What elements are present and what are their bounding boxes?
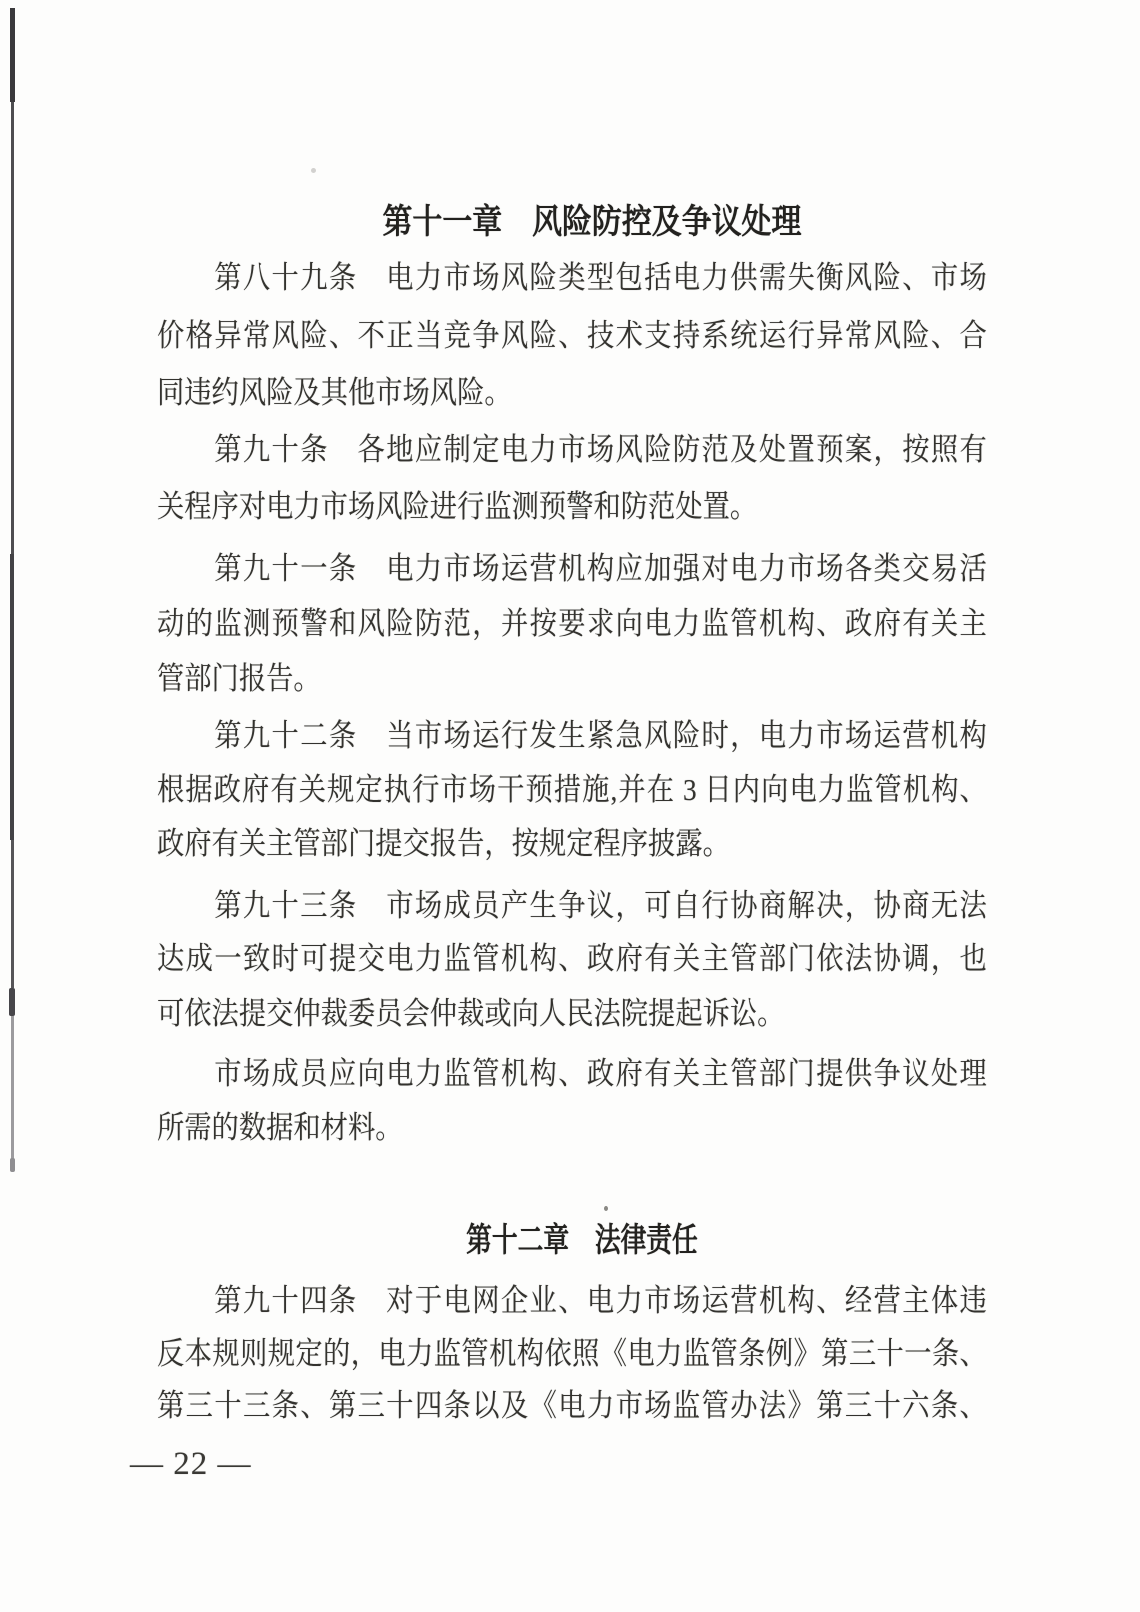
scan-edge-segment <box>10 8 15 102</box>
scan-edge-segment <box>10 1158 15 1172</box>
scanned-document-page: 第十一章 风险防控及争议处理 第八十九条 电力市场风险类型包括电力供需失衡风险、… <box>0 0 1140 1612</box>
text-line: 价格异常风险、不正当竞争风险、技术支持系统运行异常风险、合 <box>157 316 987 356</box>
text-line: 第三十三条、第三十四条以及《电力市场监管办法》第三十六条、 <box>157 1386 987 1426</box>
scan-edge-segment <box>11 840 14 988</box>
text-line: 达成一致时可提交电力监管机构、政府有关主管部门依法协调，也 <box>157 939 987 979</box>
page-number: — 22 — <box>130 1444 252 1484</box>
text-line: 同违约风险及其他市场风险。 <box>157 373 987 413</box>
text-line: 关程序对电力市场风险进行监测预警和防范处置。 <box>157 487 987 527</box>
text-line: 动的监测预警和风险防范，并按要求向电力监管机构、政府有关主 <box>157 604 987 644</box>
text-line: 第九十三条 市场成员产生争议，可自行协商解决，协商无法 <box>157 886 987 926</box>
scan-edge-segment <box>10 554 14 840</box>
text-line: 第九十四条 对于电网企业、电力市场运营机构、经营主体违 <box>157 1281 987 1321</box>
text-line: 第九十二条 当市场运行发生紧急风险时，电力市场运营机构 <box>157 716 987 756</box>
text-line: 所需的数据和材料。 <box>157 1108 987 1148</box>
chapter-11-heading: 第十一章 风险防控及争议处理 <box>177 201 1007 243</box>
scan-edge-segment <box>11 1016 14 1162</box>
text-line: 根据政府有关规定执行市场干预措施,并在 3 日内向电力监管机构、 <box>157 770 987 810</box>
text-line: 市场成员应向电力监管机构、政府有关主管部门提供争议处理 <box>157 1054 987 1094</box>
chapter-12-heading: 第十二章 法律责任 <box>167 1219 997 1261</box>
text-line: 可依法提交仲裁委员会仲裁或向人民法院提起诉讼。 <box>157 994 987 1034</box>
text-line: 第八十九条 电力市场风险类型包括电力供需失衡风险、市场 <box>157 258 987 298</box>
scan-speck <box>311 168 316 173</box>
scan-edge-segment <box>9 988 15 1016</box>
text-line: 第九十一条 电力市场运营机构应加强对电力市场各类交易活 <box>157 549 987 589</box>
text-line: 反本规则规定的，电力监管机构依照《电力监管条例》第三十一条、 <box>157 1334 987 1374</box>
scan-edge-segment <box>11 102 14 554</box>
scan-speck <box>604 1206 608 1211</box>
text-line: 政府有关主管部门提交报告，按规定程序披露。 <box>157 824 987 864</box>
text-line: 第九十条 各地应制定电力市场风险防范及处置预案，按照有 <box>157 430 987 470</box>
text-line: 管部门报告。 <box>157 659 987 699</box>
